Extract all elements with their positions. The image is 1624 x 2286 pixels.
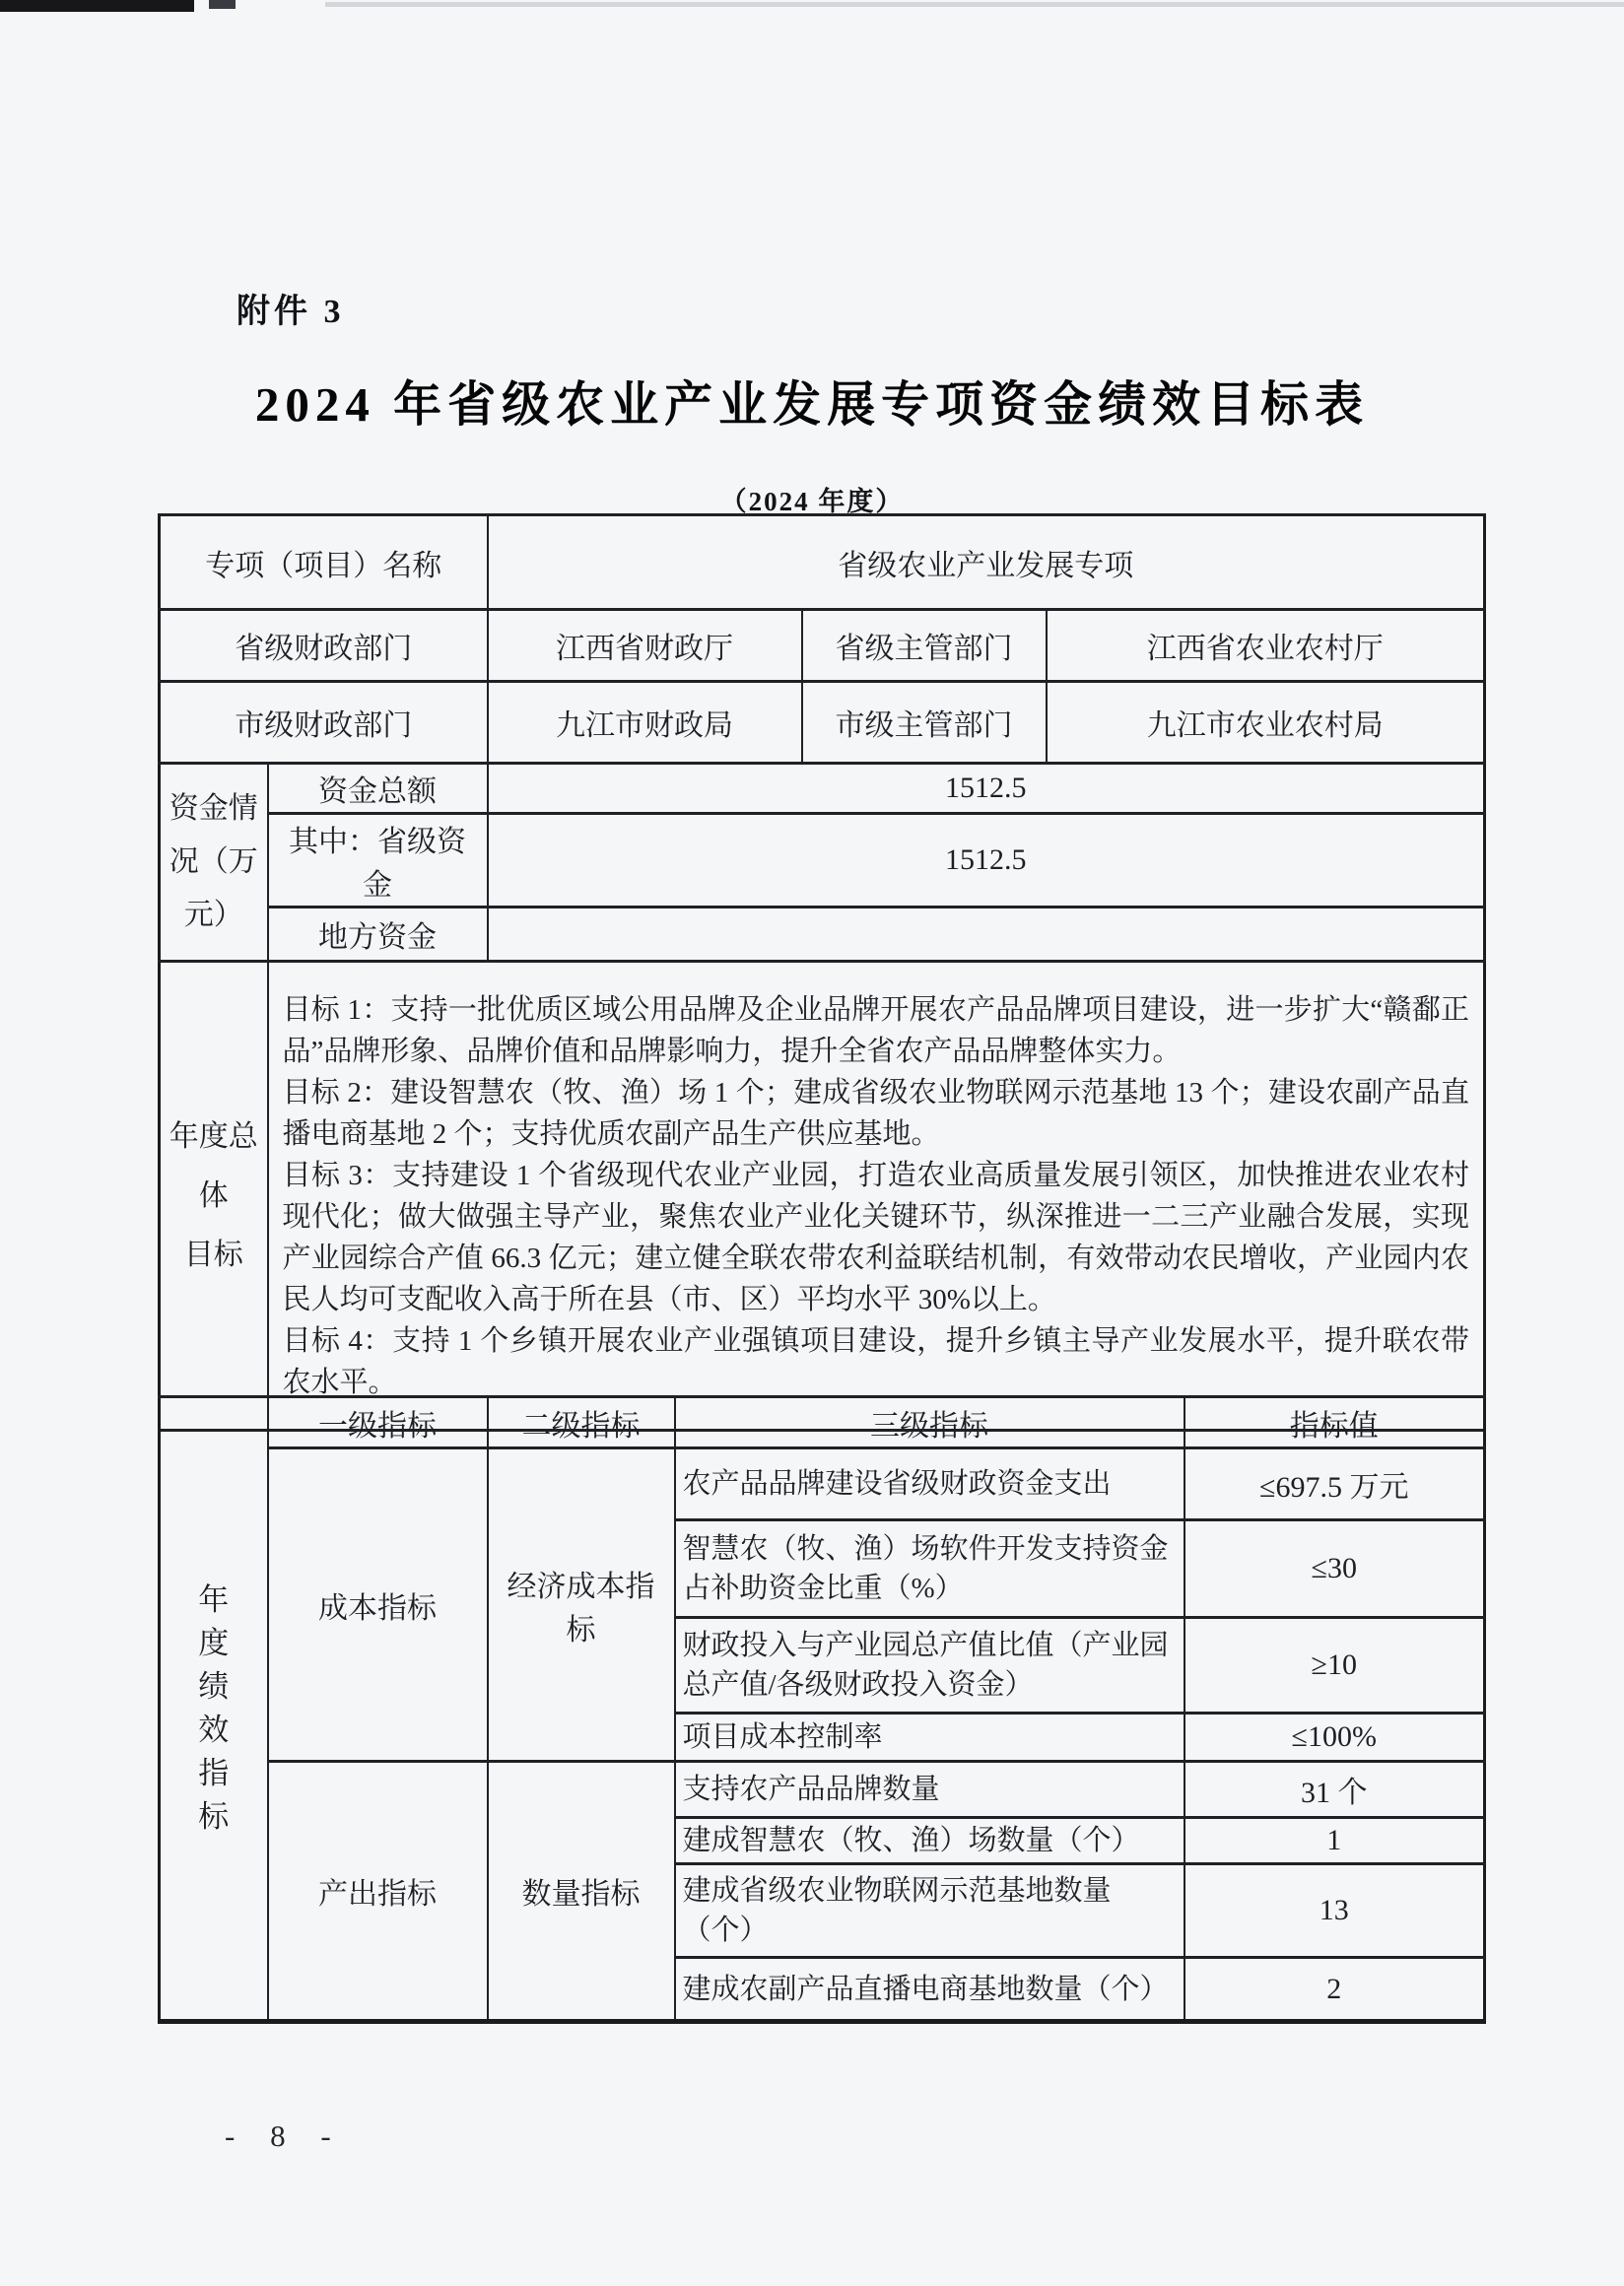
indicator-cell: 项目成本控制率 xyxy=(675,1714,1184,1762)
indicator-value: 13 xyxy=(1184,1864,1485,1958)
indicator-value: ≤30 xyxy=(1184,1520,1485,1618)
provincial-finance-dept-value: 江西省财政厅 xyxy=(488,610,802,682)
city-finance-dept-label: 市级财政部门 xyxy=(160,682,488,764)
indicator-value: 2 xyxy=(1184,1958,1485,2022)
goal-3: 目标 3：支持建设 1 个省级现代农业产业园，打造农业高质量发展引领区，加快推进… xyxy=(283,1155,1470,1320)
performance-group-label: 年 度 绩 效 指 标 xyxy=(160,1397,268,2022)
indicator-header-row: 年 度 绩 效 指 标 一级指标 二级指标 三级指标 指标值 xyxy=(160,1397,1485,1448)
table-row: 资金情 况（万 元） 资金总额 1512.5 xyxy=(160,764,1485,814)
city-finance-dept-value: 九江市财政局 xyxy=(488,682,802,764)
scan-artifact-strip xyxy=(325,2,1624,7)
scan-artifact-mark xyxy=(209,0,236,9)
table-row: 专项（项目）名称 省级农业产业发展专项 xyxy=(160,515,1485,610)
table-row: 地方资金 xyxy=(160,908,1485,962)
funding-group-label: 资金情 况（万 元） xyxy=(160,764,268,962)
provincial-finance-dept-label: 省级财政部门 xyxy=(160,610,488,682)
attachment-label: 附件 3 xyxy=(237,284,345,332)
funding-local-label: 地方资金 xyxy=(268,908,488,962)
level1-cost-indicator: 成本指标 xyxy=(268,1448,488,1762)
indicator-value: ≥10 xyxy=(1184,1618,1485,1714)
indicator-row: 产出指标 数量指标 支持农产品品牌数量 31 个 xyxy=(160,1762,1485,1818)
document-page: 附件 3 2024 年省级农业产业发展专项资金绩效目标表 （2024 年度） 专… xyxy=(0,0,1624,2286)
funding-local-value xyxy=(488,908,1485,962)
goal-4: 目标 4：支持 1 个乡镇开展农业产业强镇项目建设，提升乡镇主导产业发展水平，提… xyxy=(283,1320,1470,1403)
table-row: 市级财政部门 九江市财政局 市级主管部门 九江市农业农村局 xyxy=(160,682,1485,764)
level2-quantity-indicator: 数量指标 xyxy=(488,1762,675,2022)
page-title: 2024 年省级农业产业发展专项资金绩效目标表 xyxy=(0,367,1624,436)
indicator-value: ≤100% xyxy=(1184,1714,1485,1762)
provincial-authority-value: 江西省农业农村厅 xyxy=(1047,610,1485,682)
level1-output-indicator: 产出指标 xyxy=(268,1762,488,2022)
indicator-table: 年 度 绩 效 指 标 一级指标 二级指标 三级指标 指标值 成本指标 经济成本… xyxy=(158,1395,1486,2024)
goal-1: 目标 1：支持一批优质区域公用品牌及企业品牌开展农产品品牌项目建设，进一步扩大“… xyxy=(283,989,1470,1072)
project-name-label: 专项（项目）名称 xyxy=(160,515,488,610)
table-row: 省级财政部门 江西省财政厅 省级主管部门 江西省农业农村厅 xyxy=(160,610,1485,682)
goal-2: 目标 2：建设智慧农（牧、渔）场 1 个；建成省级农业物联网示范基地 13 个；… xyxy=(283,1072,1470,1155)
city-authority-label: 市级主管部门 xyxy=(802,682,1047,764)
table-row: 其中：省级资金 1512.5 xyxy=(160,814,1485,908)
indicator-cell: 支持农产品品牌数量 xyxy=(675,1762,1184,1818)
indicator-cell: 建成农副产品直播电商基地数量（个） xyxy=(675,1958,1184,2022)
info-table: 专项（项目）名称 省级农业产业发展专项 省级财政部门 江西省财政厅 省级主管部门… xyxy=(158,513,1486,1432)
level2-economic-cost-indicator: 经济成本指标 xyxy=(488,1448,675,1762)
indicator-cell: 财政投入与产业园总产值比值（产业园总产值/各级财政投入资金） xyxy=(675,1618,1184,1714)
page-number: - 8 - xyxy=(225,2118,345,2154)
provincial-authority-label: 省级主管部门 xyxy=(802,610,1047,682)
indicator-cell: 智慧农（牧、渔）场软件开发支持资金占补助资金比重（%） xyxy=(675,1520,1184,1618)
indicator-value: 31 个 xyxy=(1184,1762,1485,1818)
funding-total-value: 1512.5 xyxy=(488,764,1485,814)
city-authority-value: 九江市农业农村局 xyxy=(1047,682,1485,764)
indicator-value: 1 xyxy=(1184,1818,1485,1864)
header-value: 指标值 xyxy=(1184,1397,1485,1448)
project-name-value: 省级农业产业发展专项 xyxy=(488,515,1485,610)
funding-provincial-label: 其中：省级资金 xyxy=(268,814,488,908)
indicator-cell: 建成智慧农（牧、渔）场数量（个） xyxy=(675,1818,1184,1864)
header-level2: 二级指标 xyxy=(488,1397,675,1448)
header-level3: 三级指标 xyxy=(675,1397,1184,1448)
indicator-cell: 农产品品牌建设省级财政资金支出 xyxy=(675,1448,1184,1520)
indicator-cell: 建成省级农业物联网示范基地数量（个） xyxy=(675,1864,1184,1958)
indicator-value: ≤697.5 万元 xyxy=(1184,1448,1485,1520)
funding-provincial-value: 1512.5 xyxy=(488,814,1485,908)
funding-total-label: 资金总额 xyxy=(268,764,488,814)
scan-artifact-bar xyxy=(0,0,194,12)
annual-goal-text: 目标 1：支持一批优质区域公用品牌及企业品牌开展农产品品牌项目建设，进一步扩大“… xyxy=(268,962,1485,1431)
annual-goal-label: 年度总 体 目标 xyxy=(160,962,268,1431)
indicator-row: 成本指标 经济成本指标 农产品品牌建设省级财政资金支出 ≤697.5 万元 xyxy=(160,1448,1485,1520)
table-row: 年度总 体 目标 目标 1：支持一批优质区域公用品牌及企业品牌开展农产品品牌项目… xyxy=(160,962,1485,1431)
header-level1: 一级指标 xyxy=(268,1397,488,1448)
